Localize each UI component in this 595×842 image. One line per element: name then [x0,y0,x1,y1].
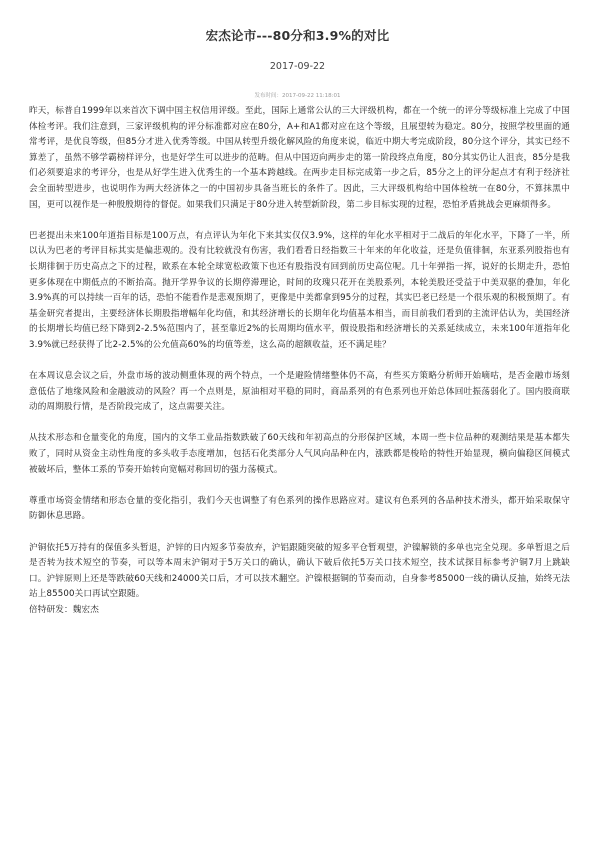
publish-time: 发布时间：2017-09-22 11:18:01 [0,91,595,99]
paragraph-fomc-market: 在本周议息会议之后，外盘市场的波动侧重体现的两个特点，一个是避险情绪整体仍不高，… [29,369,570,416]
paragraph-technical-analysis: 从技术形态和仓量变化的角度，国内的文华工业品指数跌破了60天线和年初高点的分形保… [29,431,570,478]
paragraph-metals-trading: 沪铜依托5万持有的保值多头暂退，沪锌的日内短多节奏放弃，沪铝跟随突破的短多平仓暂… [29,541,570,603]
author-signature: 倍特研发：魏宏杰 [29,603,570,619]
document-page: 宏杰论市---80分和3.9%的对比 2017-09-22 发布时间：2017-… [0,0,595,842]
article-title: 宏杰论市---80分和3.9%的对比 [0,26,595,44]
paragraph-credit-rating: 昨天，标普自1999年以来首次下调中国主权信用评级。至此，国际上通常公认的三大评… [29,104,570,213]
article-body: 昨天，标普自1999年以来首次下调中国主权信用评级。至此，国际上通常公认的三大评… [29,104,570,619]
paragraph-strategy: 尊重市场资金情绪和形态仓量的变化指引，我们今天也调整了有色系列的操作思路应对。建… [29,494,570,525]
paragraph-buffett-target: 巴老提出未来100年道指目标是100万点，有点评认为年化下来其实仅仅3.9%，这… [29,229,570,354]
article-date: 2017-09-22 [0,61,595,72]
